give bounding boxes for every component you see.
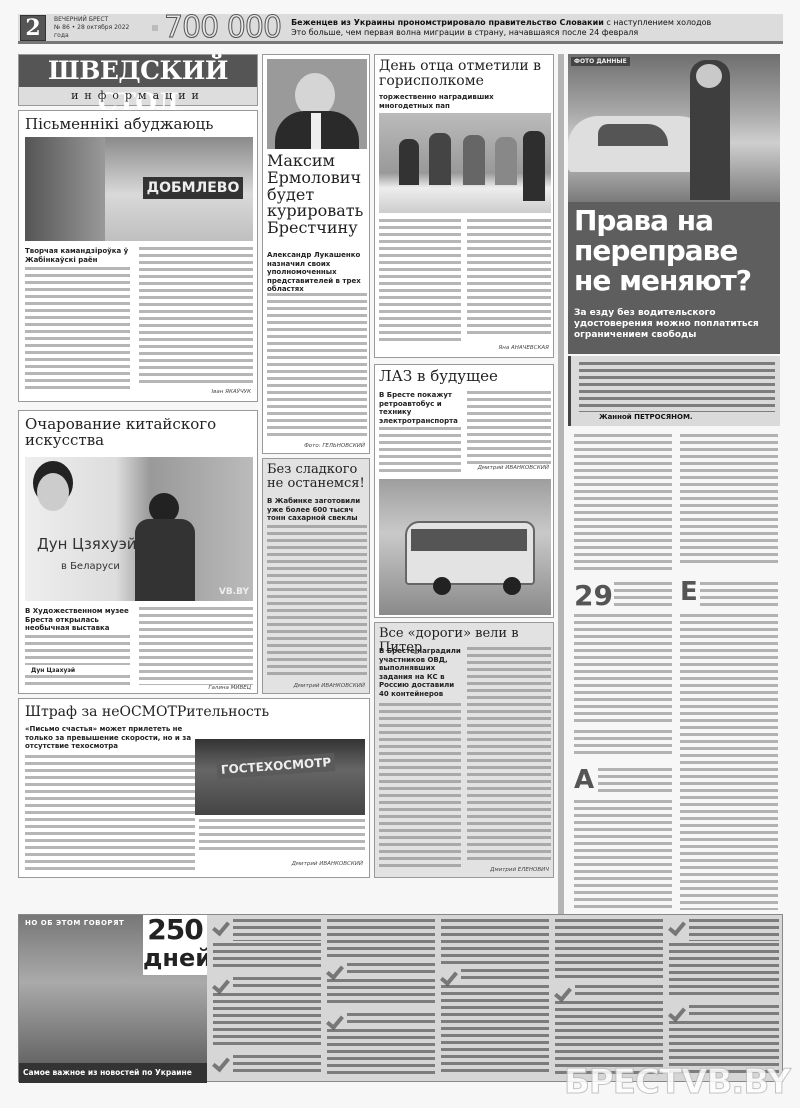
article-body (574, 614, 672, 724)
section-tag: НО ОБ ЭТОМ ГОВОРЯТ (25, 919, 124, 927)
article-body (25, 635, 130, 665)
person-name: Дун Цзахуэй (31, 667, 75, 674)
article-lead: В Жабинке заготовили уже более 600 тысяч… (267, 497, 367, 523)
article-body (267, 525, 367, 679)
article-lead: За езду без водительского удостоверения … (574, 308, 778, 341)
exhibition-photo: Дун Цзяхуэй в Беларуси VB.BY (25, 457, 253, 601)
site-watermark: БРЕСТVB.BY (564, 1062, 790, 1102)
photo-tag: ФОТО ДАННЫЕ (571, 57, 630, 66)
intro-author: Жанной ПЕТРОСЯНОМ. (599, 413, 693, 421)
article-chinese-art: Очарование китайского искусства Дун Цзях… (18, 410, 258, 694)
poster-subtitle: в Беларуси (61, 561, 120, 572)
village-sign: ДОБМЛЕВО (143, 177, 243, 199)
article-body (680, 434, 778, 564)
article-title: Очарование китайского искусства (25, 417, 225, 449)
article-fine: Штраф за неОСМОТРительность «Письмо счас… (18, 698, 370, 878)
article-fathers-day: День отца отметили в горисполкоме торжес… (374, 54, 554, 358)
page-number: 2 (20, 15, 46, 41)
brief-column (669, 919, 779, 1077)
article-lead: В Художественном музее Бреста открылась … (25, 607, 130, 633)
poster-title: Дун Цзяхуэй (37, 535, 137, 553)
article-lead: В Бресте наградили участников ОВД, выпол… (379, 647, 461, 698)
group-photo (379, 113, 551, 213)
masthead-title: ШВЕДСКИЙ СТОЛ (19, 55, 257, 87)
bus-photo (379, 479, 551, 615)
article-body (467, 391, 551, 465)
paper-meta: ВЕЧЕРНИЙ БРЕСТ № 86 • 28 октября 2022 го… (54, 16, 144, 40)
article-body (139, 607, 253, 685)
check-icon (441, 969, 457, 983)
article-body (574, 434, 672, 574)
check-icon (669, 1005, 685, 1019)
brief-column (441, 919, 549, 1077)
article-signature: Яна АНАЧЕВСКАЯ (498, 345, 549, 351)
check-icon (669, 919, 685, 933)
paper-name: ВЕЧЕРНИЙ БРЕСТ (54, 16, 144, 24)
dropcap: Е (680, 578, 698, 606)
article-title: День отца отметили в горисполкоме (379, 59, 549, 88)
article-body (379, 219, 461, 343)
article-title: Максим Ермолович будет курировать Брестч… (267, 153, 367, 237)
article-body (467, 647, 551, 861)
article-body (574, 800, 672, 910)
traffic-police-photo: ФОТО ДАННЫЕ (568, 54, 780, 202)
masthead-subtitle: информации (19, 87, 257, 105)
article-body (614, 582, 672, 610)
article-body (25, 267, 130, 393)
header-note: Беженцев из Украины прономстрировало пра… (291, 18, 711, 38)
article-body (25, 755, 195, 871)
section-masthead: ШВЕДСКИЙ СТОЛ информации (18, 54, 258, 106)
article-body (680, 614, 778, 910)
refugees-number: 700 000 (152, 10, 281, 45)
article-signature: Фото: ГЕЛЬНОВСКИЙ (304, 443, 365, 449)
techinspection-photo: ГОСТЕХОСМОТР (195, 739, 365, 815)
article-body (700, 582, 778, 610)
days-counter: 250 дней (143, 915, 207, 975)
check-icon (213, 977, 229, 991)
article-title: Права на переправе не меняют? (574, 206, 778, 296)
article-signature: Дмитрий ИВАНКОВСКИЙ (478, 465, 549, 471)
article-body (25, 675, 130, 689)
check-icon (213, 1055, 229, 1069)
brief-column (213, 919, 321, 1077)
article-body (574, 730, 672, 758)
block-caption: Самое важное из новостей по Украине (19, 1063, 207, 1083)
article-body (598, 768, 672, 796)
article-title: Штраф за неОСМОТРительность (25, 705, 269, 720)
brief-column (327, 919, 435, 1077)
article-laz: ЛАЗ в будущее В Бресте покажут ретроавто… (374, 364, 554, 618)
check-icon (327, 963, 343, 977)
dropcap: А (574, 766, 594, 794)
article-rights: ФОТО ДАННЫЕ Права на переправе не меняют… (568, 54, 783, 924)
article-signature: Дмитрий ИВАНКОВСКИЙ (294, 683, 365, 689)
article-lead: «Письмо счастья» может прилететь не толь… (25, 725, 195, 751)
article-sweet: Без сладкого не останемся! В Жабинке заг… (262, 458, 370, 694)
article-lead: Александр Лукашенко назначил своих уполн… (267, 251, 367, 294)
article-signature: Іван ЯКАЎЧУК (212, 389, 251, 395)
brief-column (555, 919, 663, 1077)
article-signature: Дмитрий ИВАНКОВСКИЙ (292, 861, 363, 867)
ukraine-photo: НО ОБ ЭТОМ ГОВОРЯТ 250 дней Самое важное… (19, 915, 207, 1083)
ukraine-news-block: НО ОБ ЭТОМ ГОВОРЯТ 250 дней Самое важное… (18, 914, 783, 1082)
article-body (467, 219, 551, 337)
article-title: Без сладкого не останемся! (267, 463, 367, 490)
issue-info: № 86 • 28 октября 2022 года (54, 24, 144, 40)
column-divider (558, 54, 564, 924)
article-body (379, 427, 461, 473)
page-header: 2 ВЕЧЕРНИЙ БРЕСТ № 86 • 28 октября 2022 … (18, 14, 783, 44)
check-icon (327, 1013, 343, 1027)
article-signature: Дмитрий ЕЛЕНОВИЧ (490, 867, 549, 873)
article-photo: ДОБМЛЕВО (25, 137, 253, 241)
article-body (139, 247, 253, 383)
intro-panel: Жанной ПЕТРОСЯНОМ. (568, 356, 780, 426)
bullet-icon (152, 25, 158, 31)
check-icon (213, 919, 229, 933)
photo-credit: VB.BY (219, 587, 249, 597)
article-signature: Галина МИВЕЦ (208, 685, 251, 691)
article-lead: Творчая камандзіроўка ў Жабінкаўскі раён (25, 247, 130, 264)
days-label: дней (143, 945, 207, 971)
days-number: 250 (143, 915, 207, 945)
dropcap: 29 (574, 582, 613, 610)
article-ermolovich: Максим Ермолович будет курировать Брестч… (262, 54, 370, 454)
newspaper-page: 2 ВЕЧЕРНИЙ БРЕСТ № 86 • 28 октября 2022 … (18, 14, 783, 1096)
article-body (379, 703, 461, 869)
article-body (199, 819, 365, 853)
sign-text: ГОСТЕХОСМОТР (217, 753, 336, 779)
article-piter: Все «дороги» вели в Питер В Бресте награ… (374, 622, 554, 878)
article-writers: Пісьменнікі абуджаюць памяць ДОБМЛЕВО Тв… (18, 110, 258, 402)
headline-panel: Права на переправе не меняют? За езду бе… (568, 202, 780, 354)
article-lead: В Бресте покажут ретроавтобус и технику … (379, 391, 461, 425)
article-body (267, 293, 367, 439)
article-title: ЛАЗ в будущее (379, 369, 498, 385)
article-lead: торжественно наградивших многодетных пап (379, 93, 529, 110)
portrait-photo (267, 59, 367, 149)
check-icon (555, 985, 571, 999)
